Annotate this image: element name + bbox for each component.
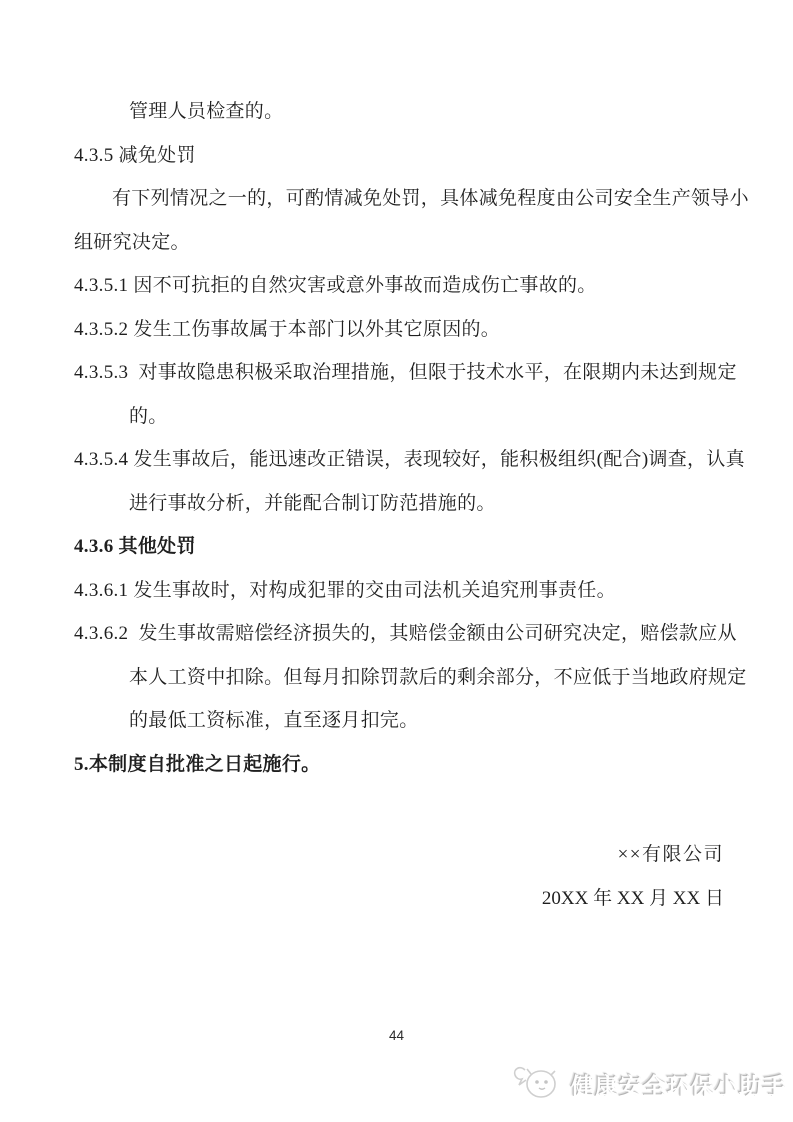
item-4-3-6-2-line-3: 的最低工资标准，直至逐月扣完。 [129, 699, 793, 743]
watermark: 健康安全环保小助手 [511, 1060, 787, 1108]
heading-5-implementation: 5.本制度自批准之日起施行。 [74, 743, 793, 787]
document-page: 管理人员检查的。 4.3.5 减免处罚 有下列情况之一的，可酌情减免处罚，具体减… [0, 0, 793, 1122]
heading-4-3-6: 4.3.6 其他处罚 [74, 525, 793, 569]
item-4-3-6-2-line-2: 本人工资中扣除。但每月扣除罚款后的剩余部分，不应低于当地政府规定 [129, 656, 793, 700]
item-4-3-5-4-line-1: 4.3.5.4 发生事故后，能迅速改正错误，表现较好，能积极组织(配合)调查，认… [74, 438, 793, 482]
signature-company: ××有限公司 [0, 833, 724, 877]
signature-block: ××有限公司 20XX 年 XX 月 XX 日 [0, 833, 793, 920]
heading-4-3-5: 4.3.5 减免处罚 [74, 134, 793, 178]
document-body: 管理人员检查的。 4.3.5 减免处罚 有下列情况之一的，可酌情减免处罚，具体减… [0, 0, 793, 920]
signature-date: 20XX 年 XX 月 XX 日 [0, 877, 724, 921]
para-4-3-5-line-2: 组研究决定。 [74, 221, 793, 265]
item-4-3-5-2: 4.3.5.2 发生工伤事故属于本部门以外其它原因的。 [74, 308, 793, 352]
item-4-3-6-1: 4.3.6.1 发生事故时，对构成犯罪的交由司法机关追究刑事责任。 [74, 569, 793, 613]
page-number: 44 [0, 1028, 793, 1043]
item-4-3-5-1: 4.3.5.1 因不可抗拒的自然灾害或意外事故而造成伤亡事故的。 [74, 264, 793, 308]
continuation-line-prev-item: 管理人员检查的。 [129, 90, 793, 134]
watermark-text: 健康安全环保小助手 [571, 1068, 787, 1101]
item-4-3-5-4-line-2: 进行事故分析，并能配合制订防范措施的。 [129, 482, 793, 526]
item-4-3-5-3-line-1: 4.3.5.3 对事故隐患积极采取治理措施，但限于技术水平，在限期内未达到规定 [74, 351, 793, 395]
item-4-3-6-2-line-1: 4.3.6.2 发生事故需赔偿经济损失的，其赔偿金额由公司研究决定，赔偿款应从 [74, 612, 793, 656]
mascot-chat-icon [511, 1060, 563, 1108]
item-4-3-5-3-line-2: 的。 [129, 395, 793, 439]
para-4-3-5-line-1: 有下列情况之一的，可酌情减免处罚，具体减免程度由公司安全生产领导小 [112, 177, 793, 221]
